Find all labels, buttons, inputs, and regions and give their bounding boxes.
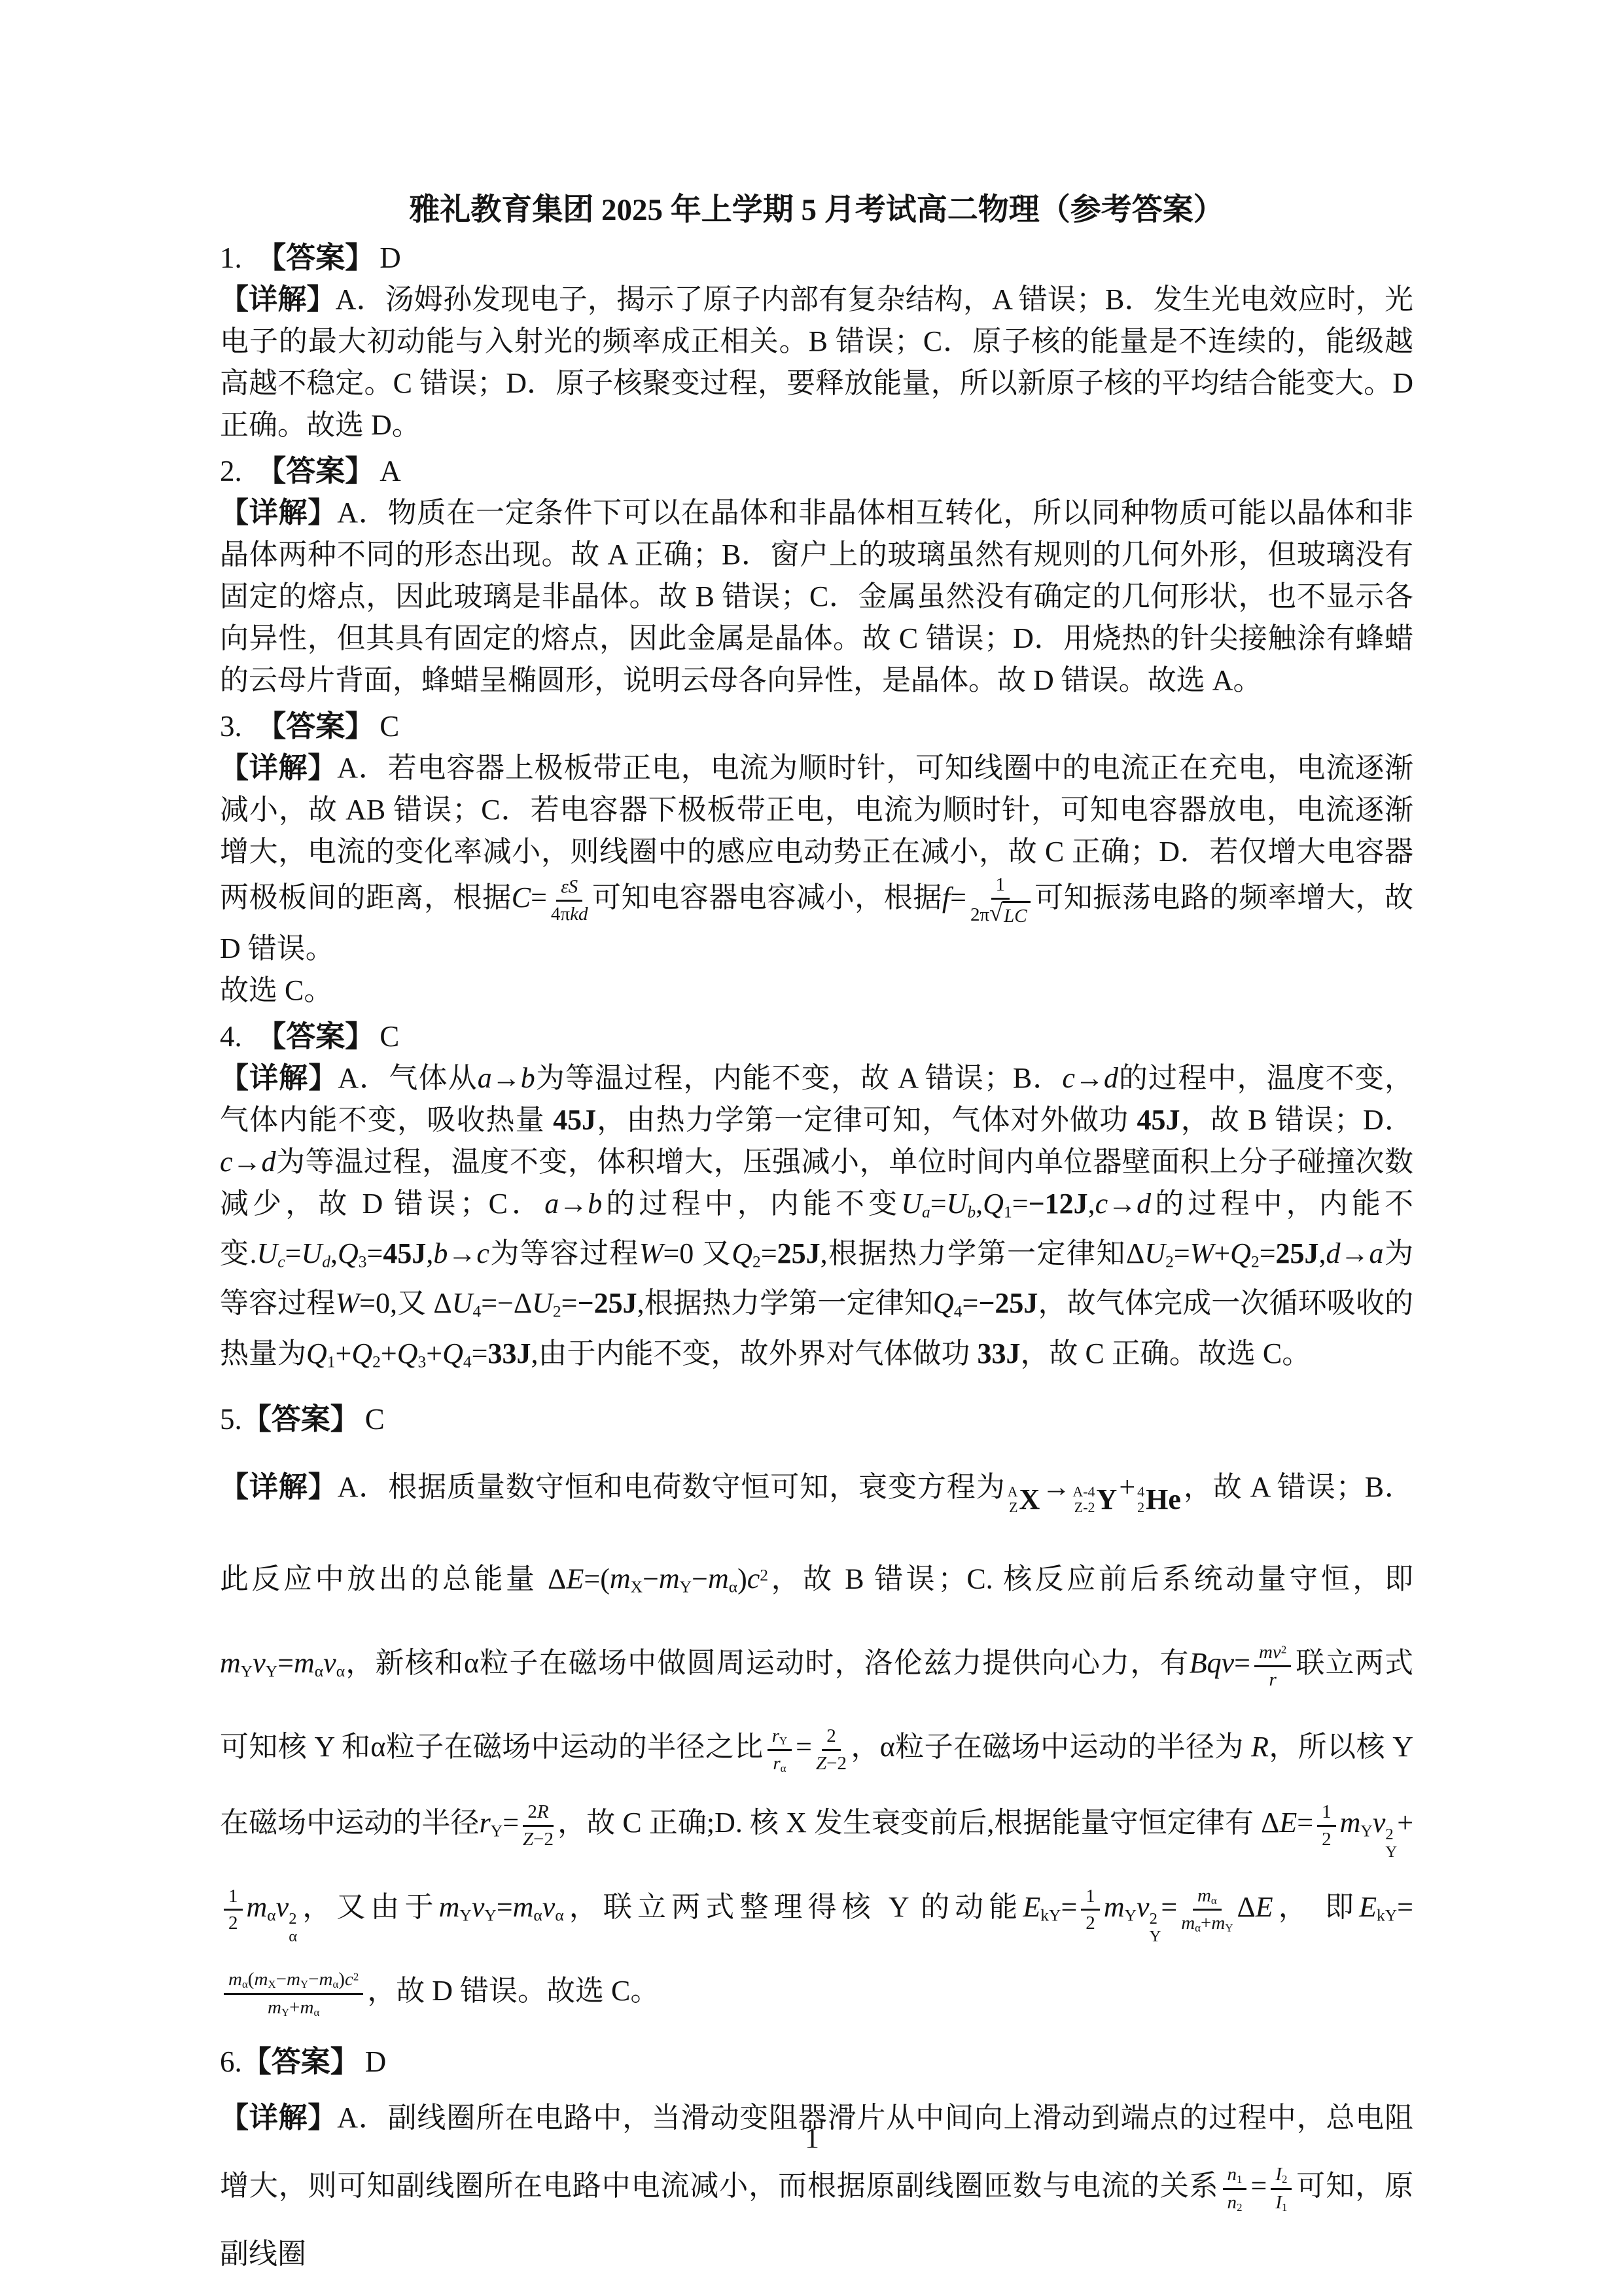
math-variable: mα <box>1197 1885 1217 1906</box>
answer-value: C <box>380 1020 399 1053</box>
question-number: 4. <box>220 1020 256 1053</box>
math-variable: vα <box>323 1647 345 1679</box>
math-variable: n1 <box>1227 2164 1243 2185</box>
answer-line: 5.【答案】C <box>220 1401 1413 1438</box>
detail-label: 【详解】 <box>220 1471 338 1503</box>
page-number: 1 <box>0 2121 1624 2155</box>
math-variable: rY <box>480 1807 503 1839</box>
math-variable: Ub <box>947 1188 976 1220</box>
math-variable: mα <box>228 1969 248 1990</box>
math-variable: rα <box>773 1753 786 1774</box>
math-variable: mY <box>659 1563 692 1595</box>
answer-value: C <box>380 710 399 743</box>
math-variable: n2 <box>1227 2192 1243 2213</box>
math-variable: mY <box>268 1997 289 2018</box>
math-fraction: 12 <box>1081 1884 1100 1935</box>
math-fraction: I2I1 <box>1271 2163 1292 2214</box>
math-nuclide: AZX <box>1008 1462 1040 1538</box>
answer-label: 【答案】 <box>256 455 374 487</box>
math-sqrt: √LC <box>989 901 1030 928</box>
question-number: 3. <box>220 710 256 743</box>
math-variable: EkY <box>1023 1891 1061 1923</box>
math-variable: mv2 <box>1259 1642 1286 1663</box>
math-fraction: εS4πkd <box>551 875 588 926</box>
detail-label: 【详解】 <box>220 497 337 529</box>
math-variable: mY <box>1104 1891 1137 1923</box>
math-variable: mY <box>1340 1807 1373 1839</box>
question-number: 5. <box>220 1403 242 1436</box>
answer-line: 3. 【答案】C <box>220 708 1413 745</box>
math-variable: mY <box>1211 1913 1233 1934</box>
math-variable: mY <box>220 1647 253 1679</box>
math-variable: mα <box>513 1891 542 1923</box>
answer-label: 【答案】 <box>242 2045 360 2078</box>
detail-paragraph: 【详解】A．汤姆孙发现电子，揭示了原子内部有复杂结构，A 错误；B．发生光电效应… <box>220 279 1413 446</box>
question-block: 3. 【答案】C【详解】A．若电容器上极板带正电，电流为顺时针，可知线圈中的电流… <box>220 708 1413 1012</box>
math-variable: mX <box>610 1563 643 1595</box>
math-nuclide: 42He <box>1137 1462 1181 1538</box>
math-variable: Q2 <box>732 1237 761 1269</box>
answer-line: 1. 【答案】D <box>220 239 1413 276</box>
question-block: 6.【答案】D【详解】A．副线圈所在电路中，当滑动变阻器滑片从中间向上滑动到端点… <box>220 2043 1413 2288</box>
math-variable: Q3 <box>338 1237 367 1269</box>
math-variable: mY <box>287 1969 308 1990</box>
question-block: 4. 【答案】C【详解】A．气体从a→b为等温过程，内能不变，故 A 错误；B．… <box>220 1018 1413 1383</box>
detail-paragraph: 【详解】A．根据质量数守恒和电荷数守恒可知，衰变方程为AZX→A-4Z-2Y+4… <box>220 1449 1413 2029</box>
math-variable: Q4 <box>933 1287 962 1319</box>
math-variable: Uc <box>257 1237 285 1269</box>
math-variable: mX <box>254 1969 275 1990</box>
math-variable: Q3 <box>397 1337 427 1369</box>
math-variable: mα <box>319 1969 338 1990</box>
math-variable: EkY <box>1359 1891 1397 1923</box>
detail-label: 【详解】 <box>220 752 337 784</box>
math-fraction: 2Z−2 <box>816 1724 847 1775</box>
math-variable: v2Y <box>1137 1891 1161 1923</box>
detail-paragraph: 【详解】A．若电容器上极板带正电，电流为顺时针，可知线圈中的电流正在充电，电流逐… <box>220 747 1413 970</box>
question-block: 5.【答案】C【详解】A．根据质量数守恒和电荷数守恒可知，衰变方程为AZX→A-… <box>220 1401 1413 2029</box>
math-variable: vα <box>542 1891 564 1923</box>
math-variable: mα <box>294 1647 323 1679</box>
answer-label: 【答案】 <box>242 1403 360 1436</box>
math-variable: Q2 <box>351 1337 381 1369</box>
answer-value: A <box>380 455 401 487</box>
math-variable: Ua <box>901 1188 930 1220</box>
math-fraction: mv2r <box>1254 1640 1291 1691</box>
math-fraction: 2RZ−2 <box>523 1800 554 1851</box>
math-variable: Q1 <box>983 1188 1012 1220</box>
math-variable: v2α <box>276 1891 297 1923</box>
detail-paragraph: 【详解】A．物质在一定条件下可以在晶体和非晶体相互转化，所以同种物质可能以晶体和… <box>220 492 1413 701</box>
math-variable: mα <box>247 1891 276 1923</box>
math-variable: I1 <box>1275 2192 1287 2213</box>
math-variable: vY <box>253 1647 277 1679</box>
detail-paragraph: 故选 C。 <box>220 970 1413 1012</box>
math-fraction: rYrα <box>768 1724 792 1776</box>
answer-label: 【答案】 <box>256 1020 374 1053</box>
math-variable: U2 <box>1144 1237 1174 1269</box>
math-variable: vY <box>472 1891 497 1923</box>
answer-value: C <box>365 1403 385 1436</box>
question-number: 2. <box>220 455 256 487</box>
question-block: 2. 【答案】A【详解】A．物质在一定条件下可以在晶体和非晶体相互转化，所以同种… <box>220 453 1413 701</box>
math-variable: Ud <box>301 1237 330 1269</box>
math-variable: Q2 <box>1230 1237 1260 1269</box>
math-variable: mα <box>1181 1913 1201 1934</box>
questions: 1. 【答案】D【详解】A．汤姆孙发现电子，揭示了原子内部有复杂结构，A 错误；… <box>220 239 1413 2288</box>
math-variable: U4 <box>452 1287 482 1319</box>
answer-sheet: 雅礼教育集团 2025 年上学期 5 月考试高二物理（参考答案） 1. 【答案】… <box>0 0 1624 2288</box>
math-variable: mα <box>300 1997 319 2018</box>
answer-value: D <box>365 2045 387 2078</box>
math-fraction: mα(mX−mY−mα)c2mY+mα <box>224 1968 363 2019</box>
question-number: 1. <box>220 241 256 274</box>
answer-line: 2. 【答案】A <box>220 453 1413 489</box>
question-block: 1. 【答案】D【详解】A．汤姆孙发现电子，揭示了原子内部有复杂结构，A 错误；… <box>220 239 1413 446</box>
math-variable: Q4 <box>442 1337 472 1369</box>
answer-label: 【答案】 <box>256 710 374 743</box>
math-nuclide: A-4Z-2Y <box>1072 1462 1117 1538</box>
answer-line: 4. 【答案】C <box>220 1018 1413 1055</box>
page-title: 雅礼教育集团 2025 年上学期 5 月考试高二物理（参考答案） <box>220 190 1413 230</box>
answer-line: 6.【答案】D <box>220 2043 1413 2080</box>
math-variable: rY <box>772 1725 787 1746</box>
math-fraction: 12 <box>224 1884 243 1935</box>
answer-label: 【答案】 <box>256 241 374 274</box>
detail-paragraph: 【详解】A．气体从a→b为等温过程，内能不变，故 A 错误；B．c→d的过程中，… <box>220 1057 1413 1383</box>
math-fraction: n1n2 <box>1223 2163 1247 2214</box>
math-variable: U2 <box>532 1287 561 1319</box>
math-variable: v2Y <box>1373 1807 1397 1839</box>
math-variable: mα <box>708 1563 737 1595</box>
question-number: 6. <box>220 2045 242 2078</box>
math-variable: mY <box>439 1891 472 1923</box>
math-variable: c2 <box>747 1563 768 1595</box>
math-variable: I2 <box>1275 2164 1287 2185</box>
math-fraction: 12 <box>1317 1800 1336 1851</box>
math-variable: c2 <box>345 1969 359 1990</box>
detail-label: 【详解】 <box>220 283 336 315</box>
math-fraction: 12π√LC <box>970 873 1031 928</box>
math-fraction: mαmα+mY <box>1181 1884 1233 1935</box>
detail-paragraph: 【详解】A．副线圈所在电路中，当滑动变阻器滑片从中间向上滑动到端点的过程中，总电… <box>220 2084 1413 2288</box>
math-variable: Q1 <box>306 1337 336 1369</box>
document-page: 雅礼教育集团 2025 年上学期 5 月考试高二物理（参考答案） 1. 【答案】… <box>0 0 1624 2296</box>
detail-label: 【详解】 <box>220 1062 338 1094</box>
answer-value: D <box>380 241 401 274</box>
